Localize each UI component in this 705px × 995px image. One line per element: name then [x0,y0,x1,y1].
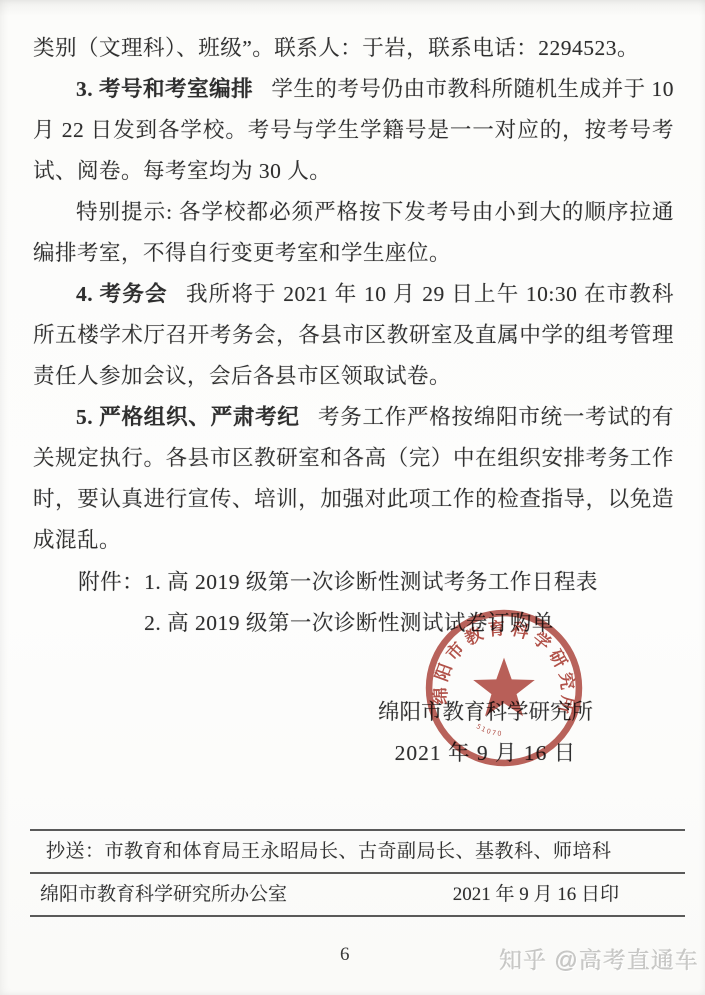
section-5: 5. 严格组织、严肃考纪考务工作严格按绵阳市统一考试的有关规定执行。各县市区教研… [33,397,674,561]
section-4-heading: 4. 考务会 [76,282,168,306]
footer-rule-middle [30,872,685,874]
issuer-office: 绵阳市教育科学研究所办公室 [40,874,287,915]
print-date: 2021 年 9 月 16 日印 [453,874,619,915]
attachments-list: 附件： 1. 高 2019 级第一次诊断性测试考务工作日程表 2. 高 2019… [78,562,674,644]
document-body: 类别（文理科）、班级”。联系人：于岩，联系电话：2294523。 3. 考号和考… [33,28,674,644]
section-4: 4. 考务会我所将于 2021 年 10 月 29 日上午 10:30 在市教科… [33,274,674,397]
section-3: 3. 考号和考室编排学生的考号仍由市教科所随机生成并于 10 月 22 日发到各… [33,69,674,192]
document-page: 类别（文理科）、班级”。联系人：于岩，联系电话：2294523。 3. 考号和考… [0,0,705,995]
attachment-item: 2. 高 2019 级第一次诊断性测试试卷订购单 [144,603,598,644]
special-note: 特别提示: 各学校都必须严格按下发考号由小到大的顺序拉通编排考室，不得自行变更考… [33,192,674,274]
footer-rule-top [30,829,685,831]
cc-line: 抄送：市教育和体育局王永昭局长、古奇副局长、基教科、师培科 [30,831,685,872]
signature-org: 绵阳市教育科学研究所 [358,692,613,733]
attachments-label: 附件： [78,562,144,603]
paragraph-continuation: 类别（文理科）、班级”。联系人：于岩，联系电话：2294523。 [33,28,674,69]
footer-rule-bottom [30,915,685,917]
section-3-heading: 3. 考号和考室编排 [76,77,253,101]
issuer-row: 绵阳市教育科学研究所办公室 2021 年 9 月 16 日印 [30,874,685,915]
signature-date: 2021 年 9 月 16 日 [358,733,613,774]
document-footer: 抄送：市教育和体育局王永昭局长、古奇副局长、基教科、师培科 绵阳市教育科学研究所… [30,829,685,917]
section-5-heading: 5. 严格组织、严肃考纪 [76,405,300,429]
signature-block: 绵阳市教育科学研究所 2021 年 9 月 16 日 [358,692,613,774]
attachment-item: 1. 高 2019 级第一次诊断性测试考务工作日程表 [144,562,598,603]
zhihu-watermark: 知乎 @高考直通车 [499,942,699,975]
page-number: 6 [340,944,350,966]
